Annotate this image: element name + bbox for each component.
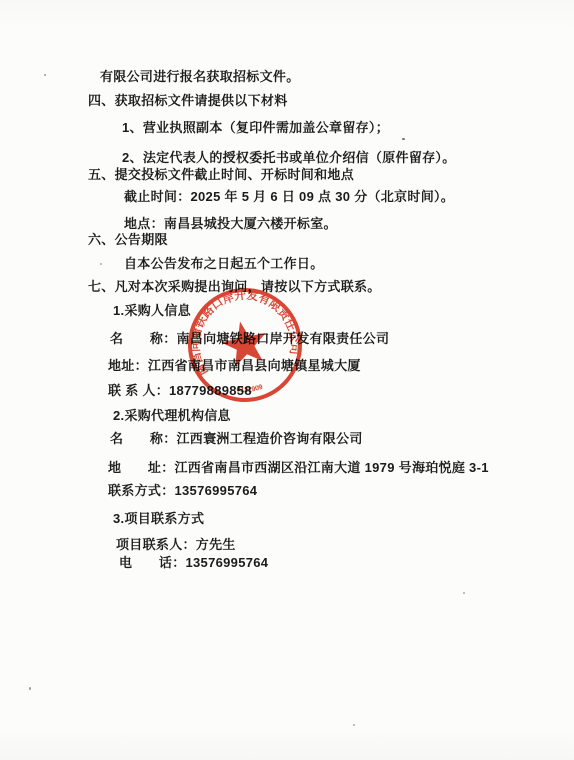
purchaser-address-line: 地址：江西省南昌市南昌县向塘镇星城大厦: [108, 359, 361, 372]
section-6-heading: 六、公告期限: [88, 233, 168, 246]
notice-period-line: 自本公告发布之日起五个工作日。: [124, 257, 324, 270]
deadline-line: 截止时间：2025 年 5 月 6 日 09 点 30 分（北京时间）。: [124, 190, 454, 203]
scan-speck: [402, 138, 405, 140]
project-contact-heading: 3.项目联系方式: [113, 512, 204, 525]
scan-speck: [29, 687, 31, 690]
purchaser-contact-line: 联 系 人：18779889858: [108, 384, 252, 397]
section-5-heading: 五、提交投标文件截止时间、开标时间和地点: [88, 168, 354, 181]
agency-name-line: 名 称：江西寰洲工程造价咨询有限公司: [110, 432, 363, 445]
scan-speck: [100, 263, 102, 265]
purchaser-info-heading: 1.采购人信息: [113, 304, 191, 317]
agency-phone-line: 联系方式：13576995764: [108, 484, 257, 497]
scan-speck: [463, 592, 465, 594]
scan-speck: [353, 724, 355, 726]
section-4-item-1: 1、营业执照副本（复印件需加盖公章留存）；: [122, 121, 389, 134]
location-line: 地点：南昌县城投大厦六楼开标室。: [124, 217, 337, 230]
project-contact-person-line: 项目联系人：方先生: [116, 538, 236, 551]
section-4-item-2: 2、法定代表人的授权委托书或单位介绍信（原件留存）。: [122, 151, 456, 164]
scanned-document-page: 有限公司进行报名获取招标文件。 四、获取招标文件请提供以下材料 1、营业执照副本…: [0, 0, 574, 760]
agency-address-line: 地 址：江西省南昌市西湖区沿江南大道 1979 号海珀悦庭 3-1: [108, 461, 489, 474]
continuation-line: 有限公司进行报名获取招标文件。: [100, 70, 300, 83]
purchaser-name-line: 名 称：南昌向塘铁路口岸开发有限责任公司: [110, 332, 389, 345]
scan-speck: [44, 74, 46, 76]
section-4-heading: 四、获取招标文件请提供以下材料: [88, 94, 288, 107]
project-phone-line: 电 话：13576995764: [119, 556, 268, 569]
agency-info-heading: 2.采购代理机构信息: [113, 409, 231, 422]
section-7-heading: 七、凡对本次采购提出询问，请按以下方式联系。: [88, 280, 381, 293]
